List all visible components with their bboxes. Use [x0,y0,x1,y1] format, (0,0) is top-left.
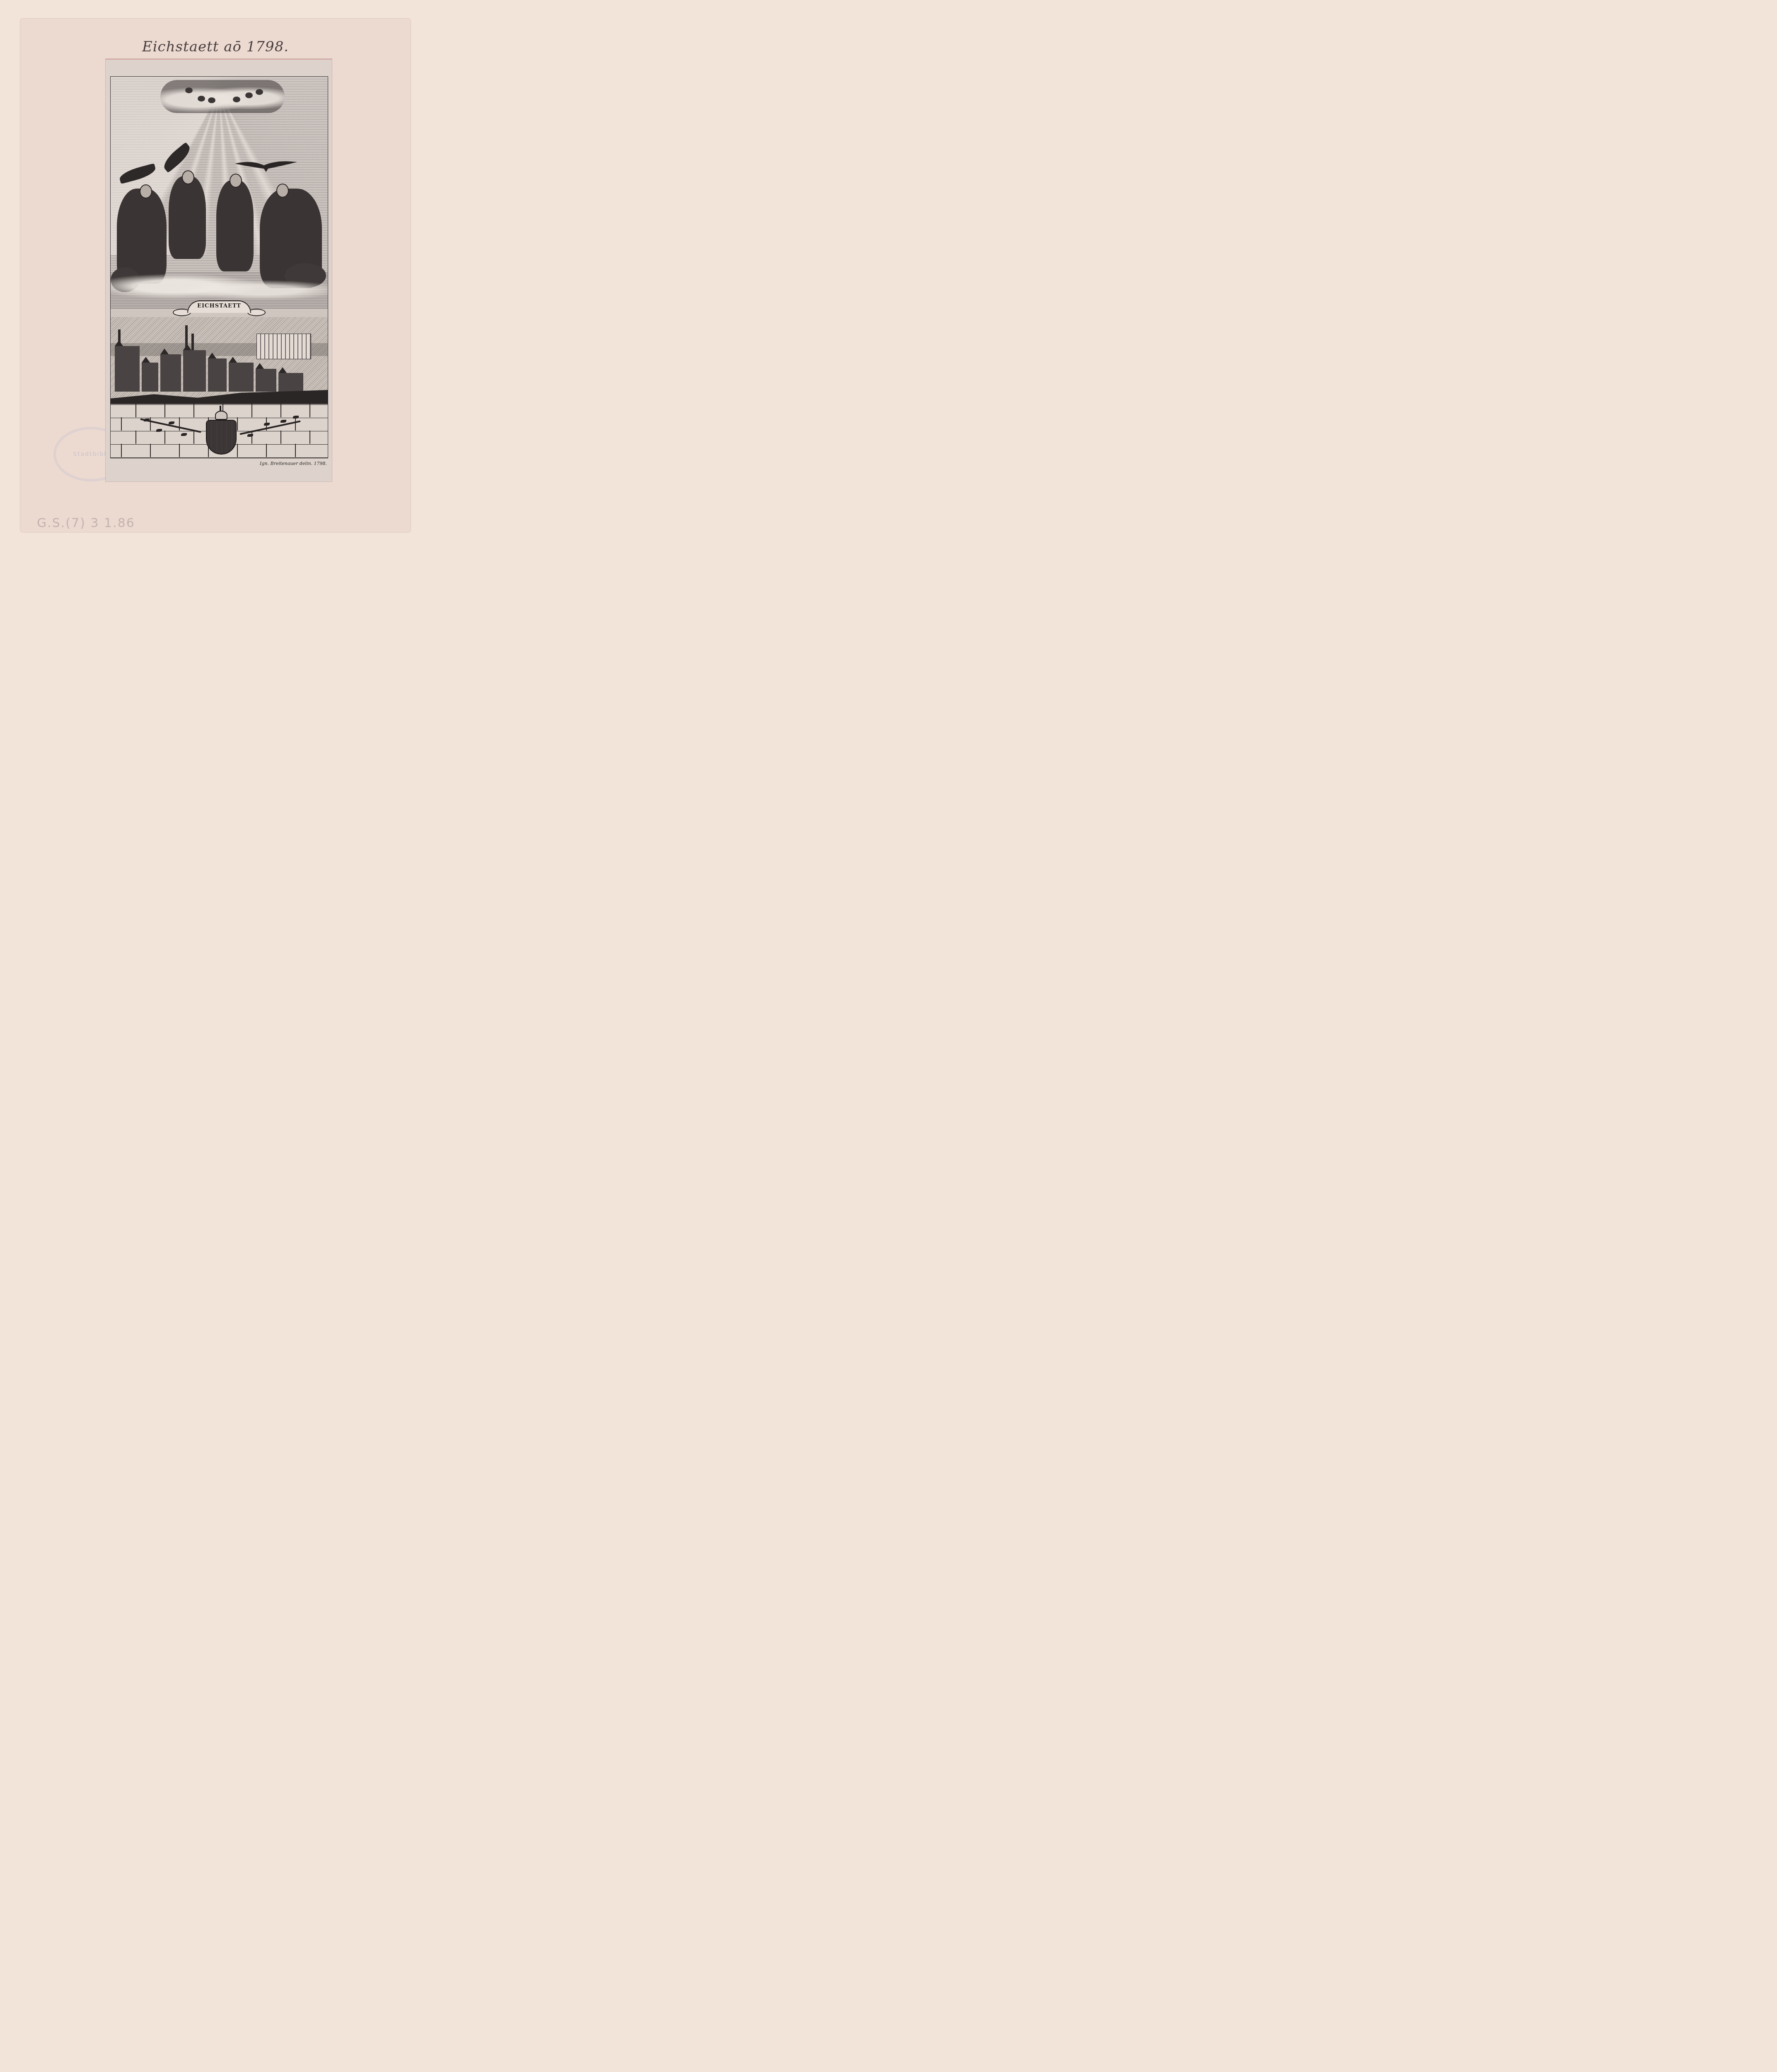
leaf-icon [169,421,174,424]
leaf-icon [293,416,299,419]
engraving-print: EICHSTAETT [106,59,332,482]
cherub-icon [208,97,215,103]
building [208,358,227,392]
hilltop-castle [256,334,311,359]
building [229,363,254,392]
cherub-icon [185,87,193,93]
leaf-icon [247,434,253,437]
leaf-icon [264,423,270,426]
cherub-icon [256,89,263,95]
building [160,354,181,392]
cherub-icon [233,97,240,102]
building [142,363,158,392]
pencil-inventory-note: G.S.(7) 3 1.86 [37,516,135,530]
leaf-icon [144,419,150,421]
evangelist-matthew [169,176,206,259]
stamp-text: Stadtbibl. [73,451,109,457]
evangelist-john [216,180,254,271]
town-view [111,317,328,404]
cherub-icon [245,92,253,98]
building [115,346,140,392]
banner-label: EICHSTAETT [197,303,241,309]
leaf-icon [280,420,286,423]
town-name-banner: EICHSTAETT [187,300,251,313]
crown-icon [215,411,227,420]
coat-of-arms [198,408,243,458]
cherub-cloud [160,80,285,113]
leaf-icon [181,433,187,436]
building [278,373,303,392]
leaf-icon [156,429,162,432]
eagle-icon [235,160,297,172]
angel-wing-icon [160,142,194,173]
shield-icon [206,420,237,455]
building [183,350,206,392]
foreground-hill [111,390,328,404]
angel-wing-icon [118,163,157,184]
cherub-icon [198,96,205,102]
engraved-plate: EICHSTAETT [110,76,328,458]
building [256,369,276,392]
handwritten-title: Eichstaett aō 1798. [20,39,411,55]
engraver-signature: Ign. Breitenauer delin. 1798. [260,461,327,466]
